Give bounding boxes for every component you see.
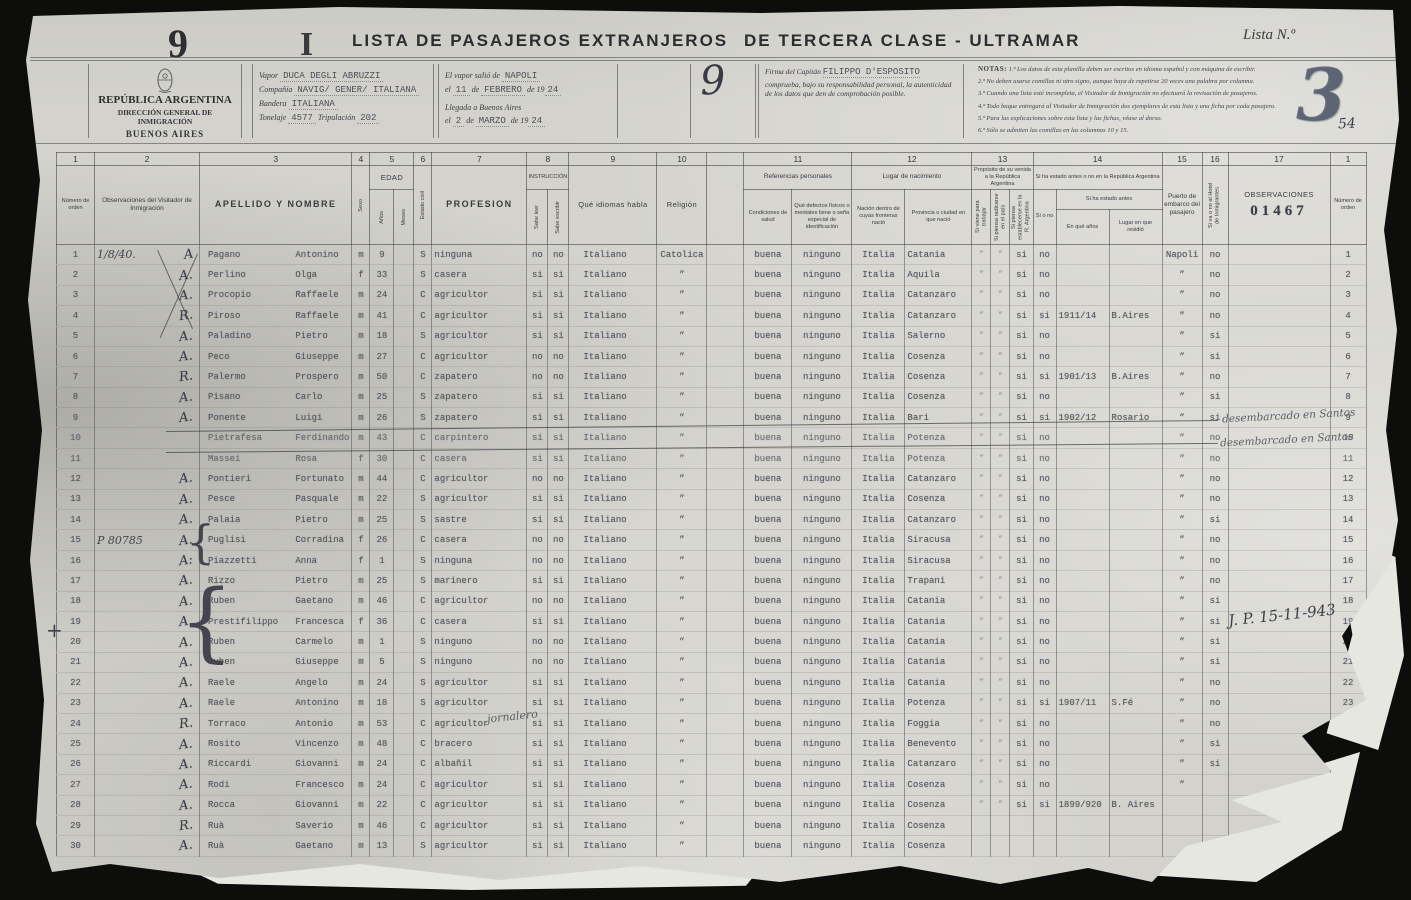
cell-provincia: Cosenza (905, 387, 972, 407)
cell-proposito-a: ” (972, 632, 991, 652)
cell-defectos: ninguno (792, 367, 852, 387)
cell-salud: buena (744, 652, 792, 672)
cell-provincia: Catanzaro (905, 306, 972, 326)
cell-spacer (707, 652, 744, 672)
cell-numero-2: 2 (1330, 265, 1366, 285)
cell-estado-si-no: no (1033, 530, 1056, 550)
hand-visitador-mark: A. (179, 674, 198, 691)
cell-edad-meses (394, 673, 414, 693)
cell-proposito-c: si (1010, 469, 1033, 489)
cell-estado-si-no: si (1033, 306, 1056, 326)
cell-spacer (707, 387, 744, 407)
cell-edad-meses (394, 469, 414, 489)
cell-religion: ” (657, 754, 707, 774)
cell-edad-meses (394, 306, 414, 326)
cell-apellido-nombre: Rosito Vincenzo (200, 734, 352, 754)
cell-spacer (707, 448, 744, 468)
cell-edad-anos: 5 (370, 652, 394, 672)
cell-observaciones-visitador: A. (95, 795, 200, 815)
cell-sabe-escribir: si (548, 673, 569, 693)
cell-observaciones-visitador: A: (95, 550, 200, 570)
cell-nacion: Italia (852, 550, 905, 570)
cell-observaciones-visitador: A. (95, 387, 200, 407)
passenger-row: 29 R. Ruà Saverio m 46 C agricultor si s… (57, 815, 1367, 835)
cell-edad-anos: 48 (370, 734, 394, 754)
cell-sabe-escribir: no (548, 591, 569, 611)
cell-edad-meses (394, 510, 414, 530)
tripulacion-value: 202 (357, 113, 379, 124)
colnum-2: 2 (95, 153, 200, 166)
cell-estado-si-no: no (1033, 673, 1056, 693)
cell-numero: 26 (57, 754, 95, 774)
cell-estado-civil: C (414, 428, 432, 448)
cell-numero: 22 (57, 673, 95, 693)
cell-defectos: ninguno (792, 306, 852, 326)
cell-proposito-c: si (1010, 571, 1033, 591)
cell-observaciones (1228, 550, 1330, 570)
cell-puerto: ” (1162, 387, 1202, 407)
cell-provincia: Cosenza (905, 795, 972, 815)
cell-defectos: ninguno (792, 632, 852, 652)
passenger-given-name: Giuseppe (295, 657, 338, 667)
cell-hotel: si (1202, 632, 1228, 652)
cell-spacer (707, 265, 744, 285)
colnum-3: 3 (200, 153, 352, 166)
passenger-row: 4 R. Piroso Raffaele m 41 C agricultor s… (57, 306, 1367, 326)
cell-sabe-leer: si (527, 489, 548, 509)
cell-nacion: Italia (852, 489, 905, 509)
cell-sexo: m (352, 734, 370, 754)
cell-observaciones-visitador: A. (95, 285, 200, 305)
cell-religion: ” (657, 693, 707, 713)
cell-numero-2: 15 (1330, 530, 1366, 550)
cell-edad-meses (394, 734, 414, 754)
header-salud: Condiciones de salud (745, 210, 790, 224)
cell-sabe-leer: si (527, 428, 548, 448)
cell-sabe-escribir: no (548, 244, 569, 264)
cell-estado-si-no: no (1033, 387, 1056, 407)
colnum-spacer (707, 153, 744, 166)
colnum-1: 1 (57, 153, 95, 166)
cell-estado-civil: C (414, 285, 432, 305)
cell-defectos: ninguno (792, 591, 852, 611)
cell-nacion: Italia (852, 244, 905, 264)
passenger-row: 6 A. Peco Giuseppe m 27 C agricultor no … (57, 346, 1367, 366)
cell-sabe-leer: no (527, 469, 548, 489)
cell-sabe-leer: si (527, 836, 548, 856)
cell-proposito-b: ” (991, 632, 1010, 652)
cell-lugar-residio (1109, 530, 1162, 550)
cell-proposito-a: ” (972, 265, 991, 285)
cell-idioma: Italiano (569, 387, 657, 407)
cell-idioma: Italiano (569, 571, 657, 591)
cell-lugar-residio (1109, 591, 1162, 611)
cell-profesion: casera (432, 530, 527, 550)
cell-nacion: Italia (852, 713, 905, 733)
hand-visitador-mark: A. (179, 756, 198, 773)
passenger-surname: Ruà (208, 841, 290, 851)
cell-proposito-a: ” (972, 734, 991, 754)
cell-defectos: ninguno (792, 346, 852, 366)
passenger-row: 23 A. Raele Antonino m 18 S agricultor s… (57, 693, 1367, 713)
cell-hotel: no (1202, 571, 1228, 591)
colnum-16: 16 (1202, 153, 1228, 166)
cell-observaciones-visitador: A. (95, 734, 200, 754)
cell-sexo: m (352, 346, 370, 366)
cell-estado-civil: C (414, 734, 432, 754)
cell-observaciones-visitador: A. (95, 693, 200, 713)
cell-lugar-residio (1109, 428, 1162, 448)
cell-numero: 2 (57, 265, 95, 285)
header-meses: Meses (401, 209, 408, 225)
cell-observaciones-visitador: A. (95, 346, 200, 366)
cell-proposito-b: ” (991, 550, 1010, 570)
cell-provincia: Catania (905, 632, 972, 652)
cell-defectos: ninguno (792, 489, 852, 509)
cell-defectos: ninguno (792, 673, 852, 693)
header-en-que-anos: En qué años (1058, 224, 1108, 231)
cell-profesion: agricultor (432, 306, 527, 326)
cell-sexo: m (352, 775, 370, 795)
cell-hotel: si (1202, 611, 1228, 631)
cell-sabe-leer: si (527, 673, 548, 693)
salida-port: NAPOLI (502, 71, 540, 82)
cell-defectos: ninguno (792, 571, 852, 591)
cell-provincia: Cosenza (905, 775, 972, 795)
cell-apellido-nombre: Rocca Giovanni (200, 795, 352, 815)
llegada-month: MARZO (476, 116, 509, 127)
cell-en-que-anos (1056, 591, 1109, 611)
el-label: el (445, 85, 451, 94)
cell-nacion: Italia (852, 754, 905, 774)
passenger-given-name: Francesca (295, 617, 344, 627)
tripulacion-label: Tripulación (318, 113, 355, 122)
passenger-given-name: Gaetano (295, 841, 333, 851)
cell-proposito-c: si (1010, 387, 1033, 407)
cell-puerto: ” (1162, 632, 1202, 652)
cell-defectos: ninguno (792, 836, 852, 856)
cell-numero: 1 (57, 244, 95, 264)
cell-lugar-residio (1109, 734, 1162, 754)
hand-visitador-mark (193, 458, 197, 459)
cell-proposito-b: ” (991, 571, 1010, 591)
cell-puerto: ” (1162, 775, 1202, 795)
cell-idioma: Italiano (569, 428, 657, 448)
cell-proposito-b: ” (991, 795, 1010, 815)
cell-proposito-b (991, 815, 1010, 835)
cell-profesion: agricultor (432, 489, 527, 509)
de-label: de (472, 85, 480, 94)
cell-salud: buena (744, 775, 792, 795)
cell-observaciones (1228, 326, 1330, 346)
header-estado-civil: Estado civil (420, 191, 427, 219)
cell-profesion: bracero (432, 734, 527, 754)
cell-en-que-anos (1056, 571, 1109, 591)
cell-hotel: no (1202, 448, 1228, 468)
cell-edad-meses (394, 489, 414, 509)
cell-idioma: Italiano (569, 448, 657, 468)
cell-religion: ” (657, 775, 707, 795)
cell-salud: buena (744, 265, 792, 285)
cell-numero: 18 (57, 591, 95, 611)
cell-sexo: m (352, 326, 370, 346)
cell-estado-si-no: no (1033, 510, 1056, 530)
passenger-surname: Piazzetti (208, 556, 290, 566)
cell-numero-2: 4 (1330, 306, 1366, 326)
colnum-14: 14 (1033, 153, 1162, 166)
cell-apellido-nombre: Piroso Raffaele (200, 306, 352, 326)
passenger-row: 25 A. Rosito Vincenzo m 48 C bracero si … (57, 734, 1367, 754)
cell-proposito-a: ” (972, 713, 991, 733)
cell-spacer (707, 673, 744, 693)
cell-en-que-anos: 1902/12 (1056, 408, 1109, 428)
cell-lugar-residio (1109, 550, 1162, 570)
cell-edad-anos: 43 (370, 428, 394, 448)
header-observaciones: OBSERVACIONES (1230, 190, 1329, 199)
cell-apellido-nombre: Raele Angelo (200, 673, 352, 693)
cell-estado-civil: C (414, 306, 432, 326)
cell-hotel: no (1202, 285, 1228, 305)
cell-observaciones (1228, 754, 1330, 774)
cell-hotel (1202, 795, 1228, 815)
cell-sabe-escribir: si (548, 448, 569, 468)
passenger-table: 1 2 3 4 5 6 7 8 9 10 11 12 13 14 15 16 (56, 152, 1367, 857)
cell-puerto: ” (1162, 673, 1202, 693)
captain-name: FILIPPO D'ESPOSITO (823, 67, 920, 78)
header-anos: Años (379, 211, 386, 224)
cell-spacer (707, 591, 744, 611)
hand-visitador-mark: A. (179, 470, 198, 487)
passenger-row: 13 A. Pesce Pasquale m 22 S agricultor s… (57, 489, 1367, 509)
cell-sabe-escribir: no (548, 346, 569, 366)
cell-observaciones-visitador: A. (95, 754, 200, 774)
cell-estado-si-no: no (1033, 571, 1056, 591)
cell-numero: 8 (57, 387, 95, 407)
passenger-surname: Raele (208, 698, 290, 708)
cell-sabe-escribir: si (548, 326, 569, 346)
cell-numero: 30 (57, 836, 95, 856)
cell-religion: ” (657, 428, 707, 448)
cell-sabe-escribir: si (548, 754, 569, 774)
cell-proposito-b: ” (991, 346, 1010, 366)
cell-estado-si-no: no (1033, 754, 1056, 774)
cell-estado-si-no: no (1033, 611, 1056, 631)
cell-sabe-leer: no (527, 367, 548, 387)
cell-defectos: ninguno (792, 795, 852, 815)
colnum-8: 8 (527, 153, 569, 166)
cell-provincia: Siracusa (905, 550, 972, 570)
colnum-7: 7 (432, 153, 527, 166)
cell-spacer (707, 469, 744, 489)
cell-proposito-b (991, 836, 1010, 856)
cell-salud: buena (744, 632, 792, 652)
cell-apellido-nombre: Raele Antonino (200, 693, 352, 713)
cell-sexo: m (352, 754, 370, 774)
cell-provincia: Catania (905, 611, 972, 631)
cell-provincia: Catanzaro (905, 754, 972, 774)
cell-salud: buena (744, 550, 792, 570)
cell-estado-civil: S (414, 265, 432, 285)
cell-edad-meses (394, 387, 414, 407)
passenger-given-name: Antonino (295, 698, 338, 708)
cell-hotel (1202, 815, 1228, 835)
cell-nacion: Italia (852, 652, 905, 672)
colnum-10: 10 (657, 153, 707, 166)
cell-estado-si-no: no (1033, 326, 1056, 346)
cell-idioma: Italiano (569, 469, 657, 489)
cell-lugar-residio (1109, 448, 1162, 468)
cell-apellido-nombre: Pagano Antonino (200, 244, 352, 264)
notas-label: NOTAS: (978, 65, 1007, 73)
cell-proposito-a: ” (972, 244, 991, 264)
cell-en-que-anos (1056, 815, 1109, 835)
cell-hotel: no (1202, 713, 1228, 733)
header-hotel: Si va o no al Hotel de Inmigrantes (1208, 179, 1221, 231)
cell-numero-2: 16 (1330, 550, 1366, 570)
cell-apellido-nombre: Ruà Gaetano (200, 836, 352, 856)
cell-numero: 6 (57, 346, 95, 366)
passenger-surname: Piroso (208, 311, 290, 321)
cell-religion: ” (657, 489, 707, 509)
cell-spacer (707, 367, 744, 387)
passenger-row: 24 R. Torraco Antonio m 53 C agricultor … (57, 713, 1367, 733)
cell-en-que-anos (1056, 510, 1109, 530)
cell-profesion: agricultor (432, 326, 527, 346)
cell-estado-civil: C (414, 754, 432, 774)
cell-proposito-c: si (1010, 611, 1033, 631)
cell-salud: buena (744, 428, 792, 448)
cell-profesion: ninguno (432, 632, 527, 652)
cell-lugar-residio (1109, 489, 1162, 509)
cell-sabe-leer: no (527, 244, 548, 264)
cell-numero: 10 (57, 428, 95, 448)
stamp-number: 01467 (1230, 203, 1329, 220)
cell-edad-meses (394, 652, 414, 672)
cell-hotel: si (1202, 387, 1228, 407)
cell-sexo: m (352, 408, 370, 428)
cell-idioma: Italiano (569, 326, 657, 346)
cell-en-que-anos (1056, 550, 1109, 570)
passenger-given-name: Vincenzo (295, 739, 338, 749)
passenger-given-name: Pietro (295, 331, 327, 341)
cell-lugar-residio (1109, 244, 1162, 264)
cell-observaciones (1228, 510, 1330, 530)
cell-estado-civil: S (414, 510, 432, 530)
cell-proposito-b: ” (991, 285, 1010, 305)
de-label2: de (466, 116, 474, 125)
cell-idioma: Italiano (569, 244, 657, 264)
cell-religion: ” (657, 815, 707, 835)
cell-numero: 28 (57, 795, 95, 815)
cell-idioma: Italiano (569, 754, 657, 774)
cell-sabe-escribir: no (548, 652, 569, 672)
cell-puerto: ” (1162, 469, 1202, 489)
header-referencias: Referencias personales (745, 173, 850, 181)
cell-salud: buena (744, 244, 792, 264)
cell-estado-civil: C (414, 530, 432, 550)
cell-sabe-escribir: no (548, 632, 569, 652)
document-sheet: 9 I LISTA DE PASAJEROS EXTRANJEROS DE TE… (0, 0, 1411, 900)
cell-lugar-residio (1109, 571, 1162, 591)
cell-proposito-a: ” (972, 611, 991, 631)
cell-numero: 9 (57, 408, 95, 428)
cell-estado-si-no: no (1033, 734, 1056, 754)
cell-provincia: Siracusa (905, 530, 972, 550)
cell-hotel: no (1202, 306, 1228, 326)
cell-profesion: agricultor (432, 673, 527, 693)
cell-proposito-c: si (1010, 713, 1033, 733)
hand-observacion: P 80785 (97, 534, 143, 547)
cell-puerto: ” (1162, 754, 1202, 774)
cell-nacion: Italia (852, 815, 905, 835)
cell-estado-si-no: no (1033, 244, 1056, 264)
cell-numero: 13 (57, 489, 95, 509)
agency-city: BUENOS AIRES (95, 129, 235, 139)
cell-religion: ” (657, 469, 707, 489)
cell-en-que-anos (1056, 469, 1109, 489)
cell-edad-meses (394, 611, 414, 631)
cell-estado-civil: S (414, 632, 432, 652)
cell-lugar-residio (1109, 713, 1162, 733)
passenger-row: 26 A. Riccardi Giovanni m 24 C albañil s… (57, 754, 1367, 774)
header-lugar-nacimiento: Lugar de nacimiento (853, 173, 970, 181)
cell-observaciones (1228, 306, 1330, 326)
cell-observaciones (1228, 387, 1330, 407)
cell-edad-meses (394, 408, 414, 428)
cell-lugar-residio (1109, 346, 1162, 366)
cell-sabe-leer: no (527, 632, 548, 652)
header-proposito: Propósito de su venida a la República Ar… (973, 167, 1031, 188)
agency-name: REPÚBLICA ARGENTINA (95, 94, 235, 106)
cell-observaciones-visitador: A. (95, 489, 200, 509)
cell-salud: buena (744, 448, 792, 468)
cell-sabe-escribir: si (548, 489, 569, 509)
cell-nacion: Italia (852, 591, 905, 611)
cell-sabe-escribir: si (548, 571, 569, 591)
cell-hotel: si (1202, 510, 1228, 530)
cell-numero: 27 (57, 775, 95, 795)
passenger-surname: Pisano (208, 392, 290, 402)
passenger-given-name: Carlo (295, 392, 322, 402)
cell-profesion: casera (432, 611, 527, 631)
cell-sexo: m (352, 652, 370, 672)
cell-estado-si-no: no (1033, 550, 1056, 570)
cell-proposito-b: ” (991, 652, 1010, 672)
header-lugar-residio: Lugar en que residió (1111, 220, 1161, 234)
cell-estado-si-no: si (1033, 693, 1056, 713)
cell-numero: 7 (57, 367, 95, 387)
passenger-surname: Rodi (208, 780, 290, 790)
salida-day: 11 (453, 85, 470, 96)
cell-sabe-escribir: si (548, 836, 569, 856)
cell-puerto: ” (1162, 591, 1202, 611)
cell-proposito-a: ” (972, 530, 991, 550)
cell-nacion: Italia (852, 530, 905, 550)
cell-en-que-anos (1056, 244, 1109, 264)
captain-box: Firma del Capitán FILIPPO D'ESPOSITO com… (758, 64, 964, 138)
passenger-surname: Rosito (208, 739, 290, 749)
cell-estado-civil: C (414, 713, 432, 733)
cell-religion: ” (657, 611, 707, 631)
cell-estado-civil: S (414, 836, 432, 856)
spacer-column (707, 166, 744, 245)
passenger-given-name: Pietro (295, 576, 327, 586)
passenger-surname: Rocca (208, 800, 290, 810)
cell-edad-anos: 44 (370, 469, 394, 489)
cell-observaciones-visitador: A. (95, 836, 200, 856)
cell-spacer (707, 693, 744, 713)
passenger-given-name: Giovanni (295, 800, 338, 810)
